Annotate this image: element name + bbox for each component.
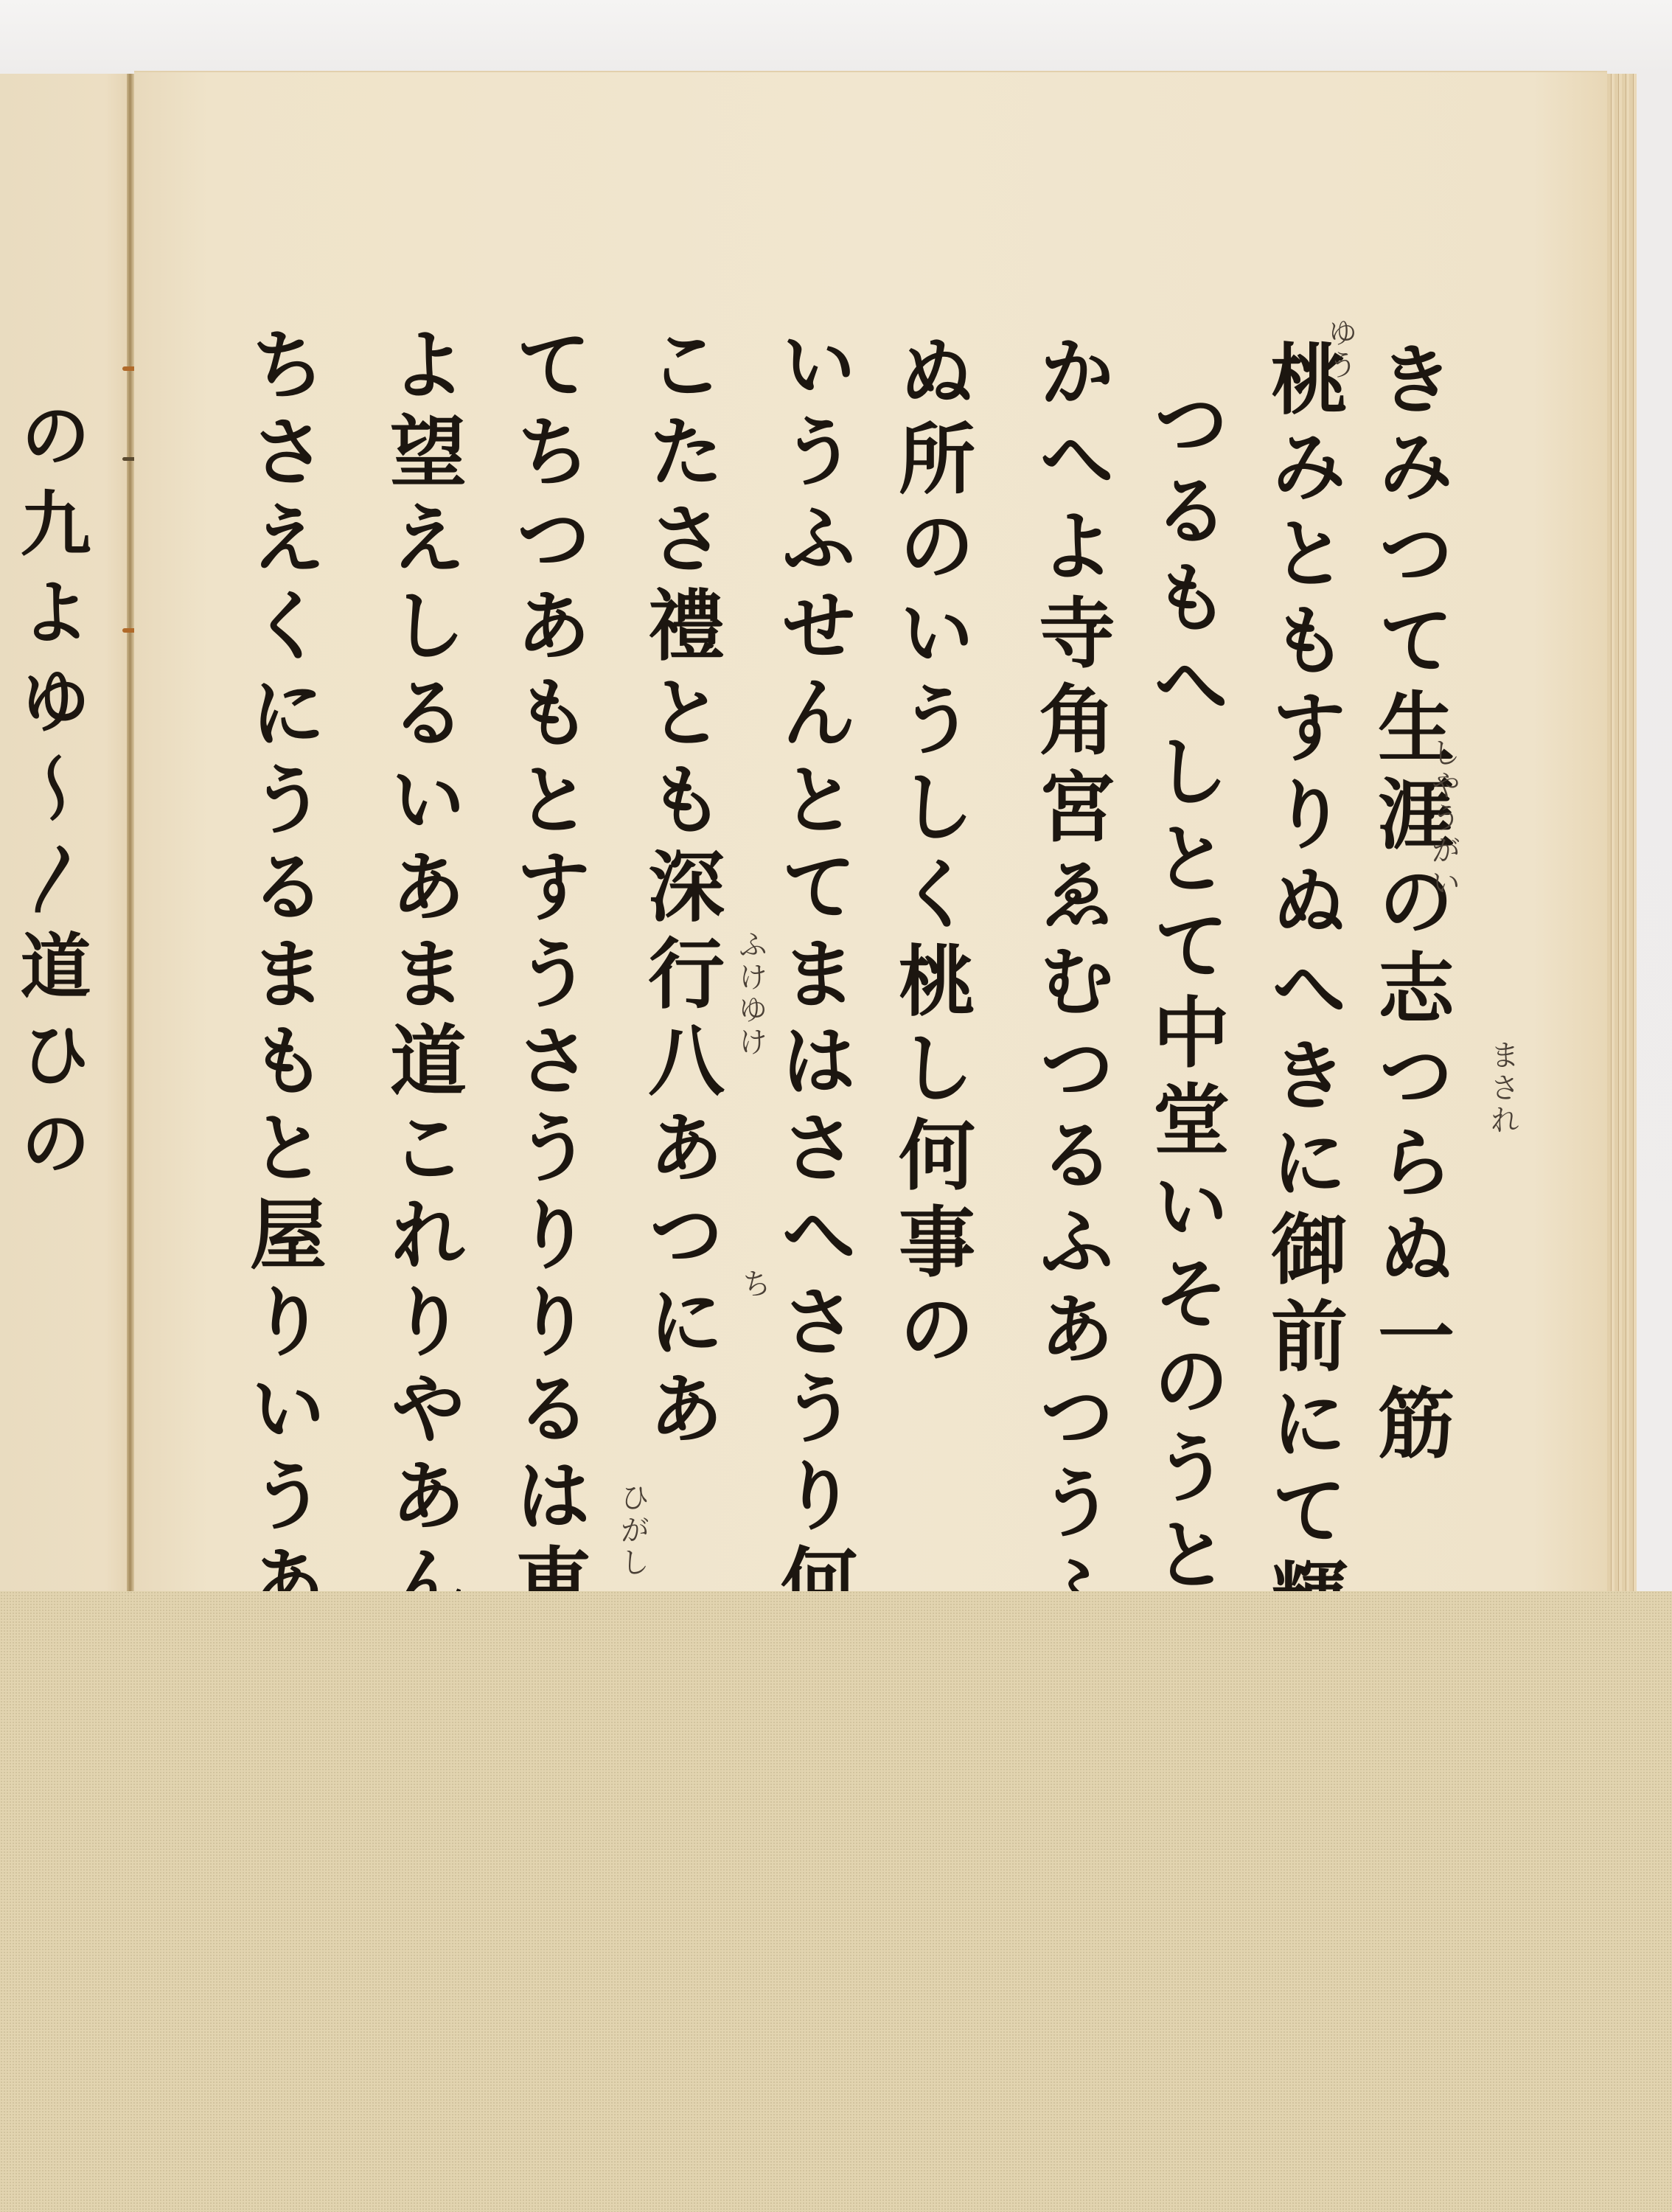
left-page: の九よゆ〜〳道ひの: [0, 74, 131, 1593]
text-column-9: よ望えしるいあま道これりやあん: [383, 324, 460, 1630]
page-edges: [1607, 74, 1637, 1593]
ruby-annotation: ひがし: [612, 1482, 654, 1579]
text-column-5: ぬ所のいうしく桃し何事の: [892, 332, 969, 1376]
binding-gutter: [127, 74, 134, 1593]
left-page-column: の九よゆ〜〳道ひの: [0, 398, 101, 1194]
text-column-8: てちつあもとすうさうりりるは東: [509, 324, 585, 1630]
text-column-4: かへよ寺角宮ゑむつるふあつうふ子: [1032, 332, 1109, 1724]
ruby-annotation: ゆう: [1320, 317, 1362, 382]
ruby-annotation: まされ: [1482, 1040, 1524, 1137]
masked-overlay-region: [0, 1591, 1672, 2212]
text-column-2: 桃みともすりぬへきに御前にて輝: [1264, 339, 1341, 1644]
text-column-7: こたさ禮とも深行八あつにあ: [641, 324, 718, 1455]
ruby-annotation: ふけゆけ: [730, 929, 772, 1059]
text-column-3: つるもへしとて中堂いそのうとあ: [1146, 383, 1223, 1688]
text-column-6: いうふせんとてまはさへさうり何: [774, 324, 851, 1630]
ruby-annotation: しやうがい: [1423, 737, 1465, 900]
text-column-1: きみつて生涯の志つらぬ一筋: [1371, 339, 1448, 1470]
ruby-annotation: ち: [734, 1268, 776, 1301]
text-column-10: ちさえくにうるまもと屋りいうあ: [243, 324, 320, 1630]
